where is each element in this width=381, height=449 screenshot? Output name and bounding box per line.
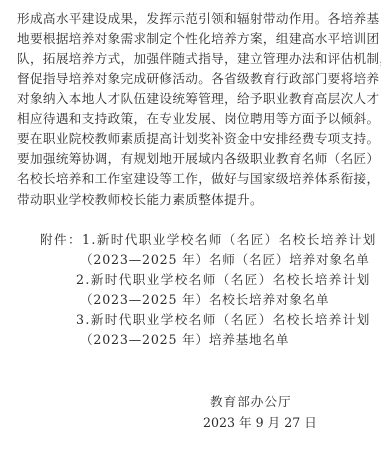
body-line: 带动职业学校教师校长能力素质整体提升。 — [17, 193, 367, 207]
attachment-item-1-title: 1.新时代职业学校名师（名匠）名校长培养计划 — [82, 233, 377, 247]
body-line: 相应待遇和支持政策，在专业发展、岗位聘用等方面予以倾斜。 — [17, 112, 367, 126]
attachment-item-3-title: 3.新时代职业学校名师（名匠）名校长培养计划 — [76, 313, 371, 327]
body-line: 要加强统筹协调，有规划地开展域内各级职业教育名师（名匠） — [17, 152, 367, 166]
body-line: 地要根据培养对象需求制定个性化培养方案，组建高水平培训团 — [17, 32, 367, 46]
attachment-item-3-subtitle: （2023—2025 年）培养基地名单 — [80, 333, 289, 347]
body-line: 形成高水平建设成果，发挥示范引领和辐射带动作用。各培养基 — [17, 12, 367, 26]
issuer-name: 教育部办公厅 — [210, 395, 292, 409]
attachment-item-1-subtitle: （2023—2025 年）名师（名匠）培养对象名单 — [80, 253, 370, 267]
attachment-item-2-subtitle: （2023—2025 年）名校长培养对象名单 — [80, 293, 329, 307]
attachment-item-2-title: 2.新时代职业学校名师（名匠）名校长培养计划 — [76, 273, 371, 287]
body-line: 对象纳入本地人才队伍建设统筹管理，给予职业教育高层次人才 — [17, 92, 367, 106]
issue-date: 2023 年 9 月 27 日 — [203, 416, 317, 430]
attachments-label: 附件： — [40, 233, 82, 247]
body-line: 队，拓展培养方式，加强伴随式指导，建立管理办法和评估机制， — [17, 52, 367, 66]
body-line: 督促指导培养对象完成研修活动。各省级教育行政部门要将培养 — [17, 72, 367, 86]
body-line: 名校长培养和工作室建设等工作，做好与国家级培养体系衔接， — [17, 172, 367, 186]
body-line: 要在职业院校教师素质提高计划奖补资金中安排经费专项支持。 — [17, 132, 367, 146]
